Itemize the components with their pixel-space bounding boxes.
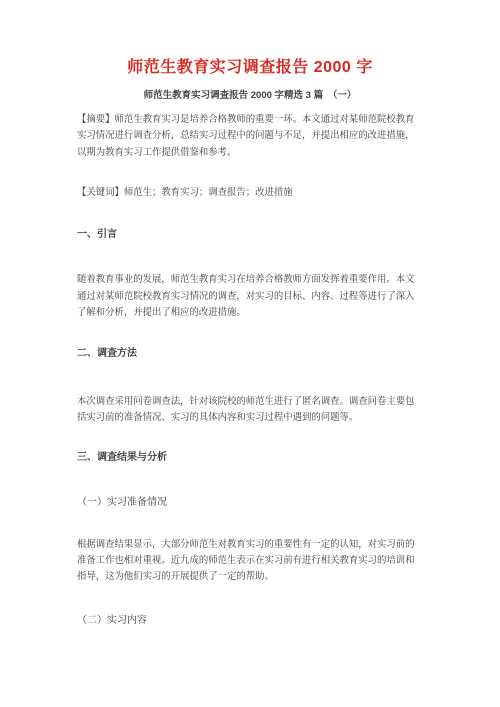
article-subtitle: 师范生教育实习调查报告 2000 字精选 3 篇 （一） [77,89,423,103]
section-heading-introduction: 一、引言 [77,227,423,243]
section-heading-method: 二、调查方法 [77,346,423,362]
abstract-paragraph: 【摘要】师范生教育实习是培养合格教师的重要一环。本文通过对某师范院校教育实习情况… [77,111,423,160]
preparation-paragraph: 根据调查结果显示，大部分师范生对教育实习的重要性有一定的认知，对实习前的准备工作… [77,536,423,585]
subsection-heading-content: （二）实习内容 [77,613,423,629]
subsection-heading-preparation: （一）实习准备情况 [77,495,423,511]
section-heading-results: 三、调查结果与分析 [77,450,423,466]
document-page: 师范生教育实习调查报告 2000 字 师范生教育实习调查报告 2000 字精选 … [0,0,500,707]
method-paragraph: 本次调查采用问卷调查法，针对该院校的师范生进行了匿名调查。调查问卷主要包括实习前… [77,393,423,426]
introduction-paragraph: 随着教育事业的发展，师范生教育实习在培养合格教师方面发挥着重要作用。本文通过对某… [77,271,423,320]
keywords-paragraph: 【关键词】师范生；教育实习；调查报告；改进措施 [77,184,423,200]
article-title: 师范生教育实习调查报告 2000 字 [77,56,423,80]
